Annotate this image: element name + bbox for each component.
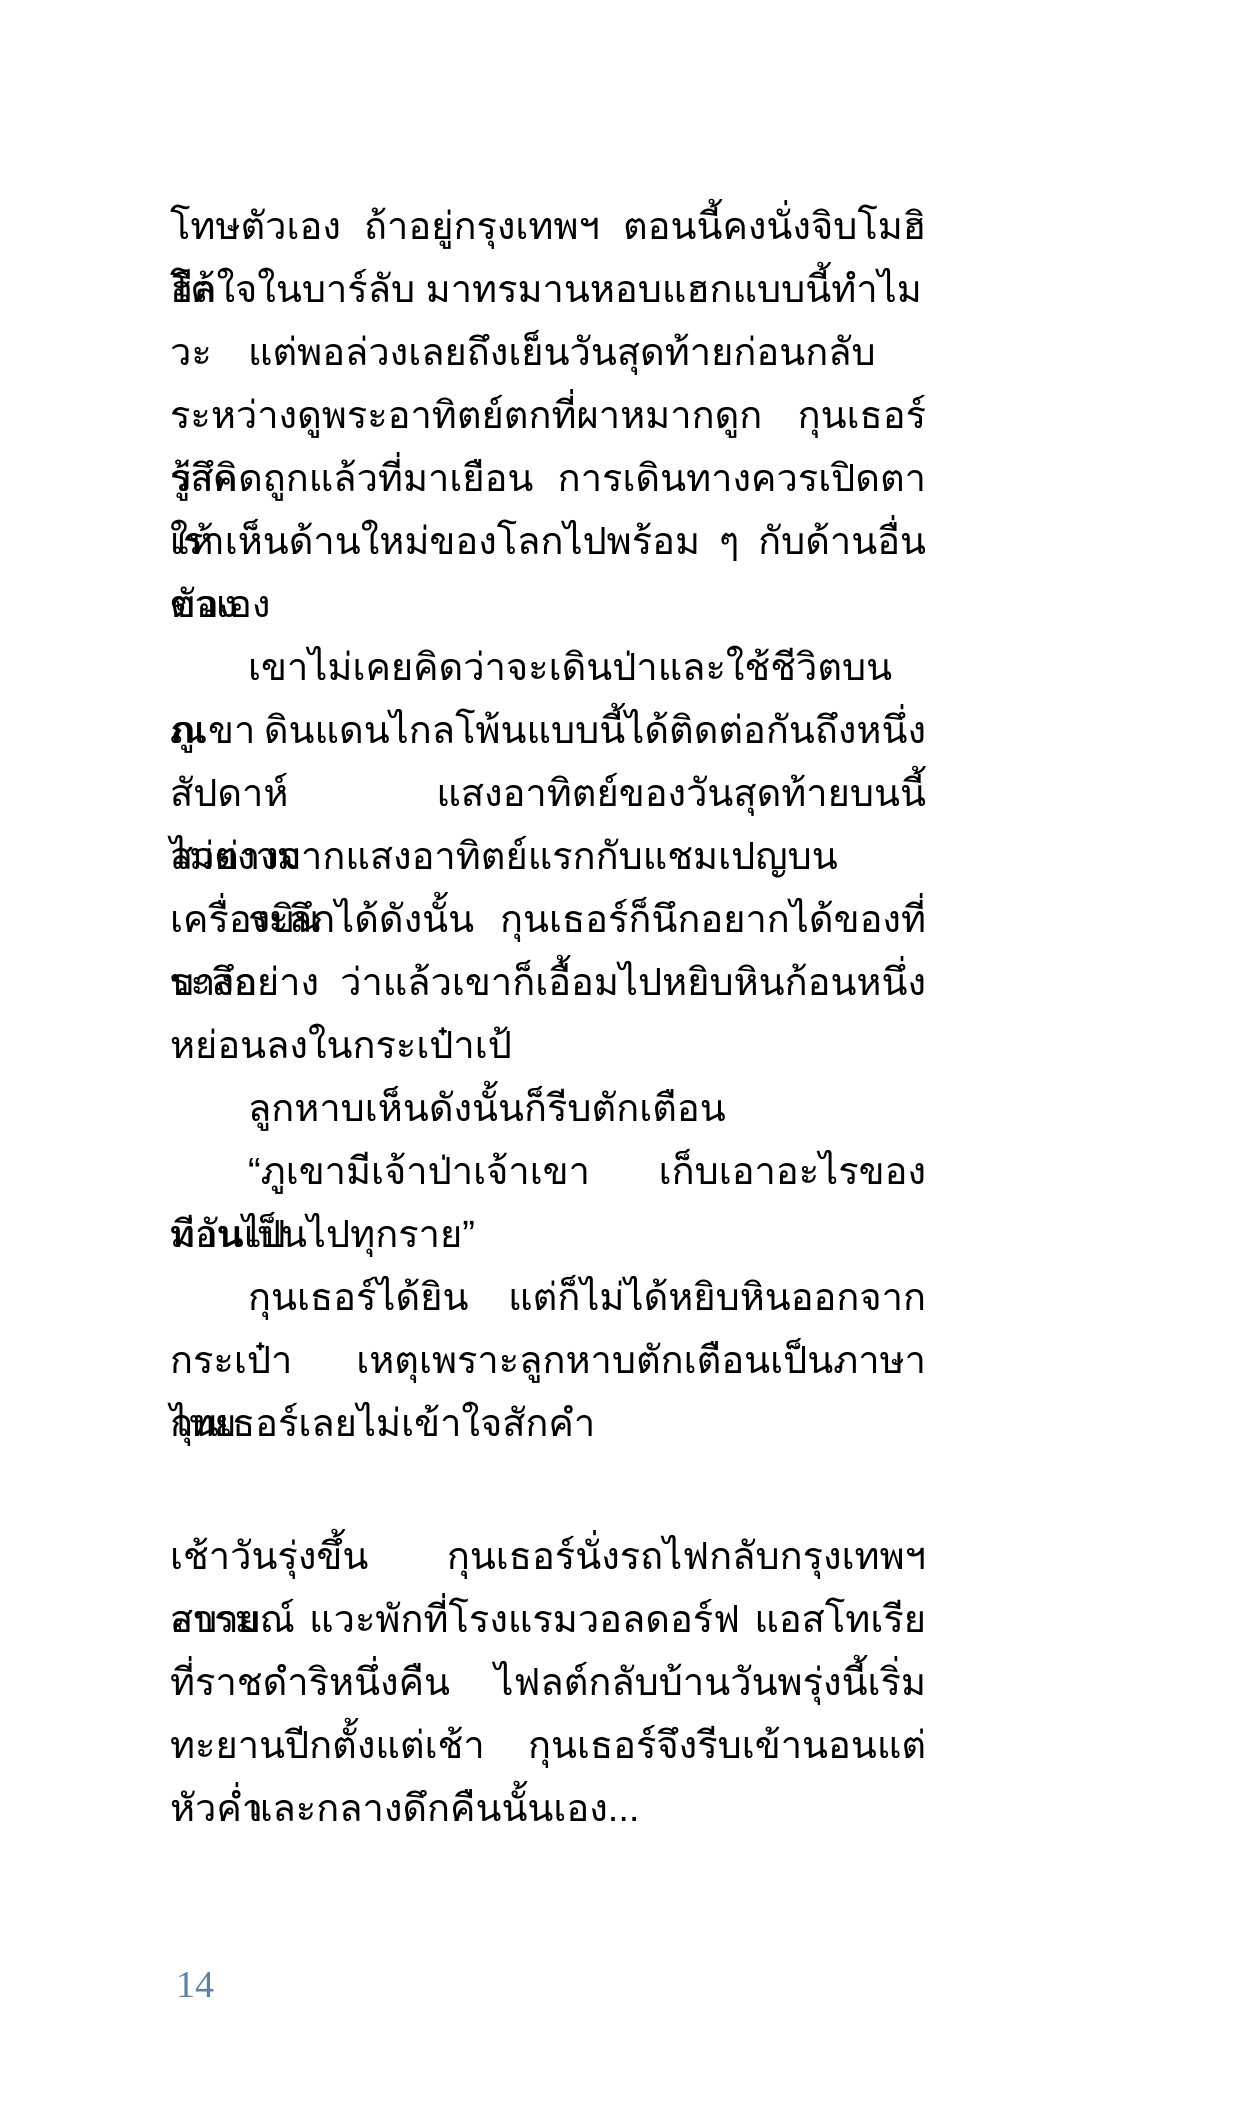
text-line: ตัวเอง: [170, 574, 926, 637]
text-line: สัปดาห์ แสงอาทิตย์ของวันสุดท้ายบนนี้ สวย…: [170, 763, 926, 826]
text-line: ทะยานปีกตั้งแต่เช้า กุนเธอร์จึงรีบเข้านอ…: [170, 1715, 926, 1778]
text-line: เขาไม่เคยคิดว่าจะเดินป่าและใช้ชีวิตบนภูเ…: [170, 637, 926, 700]
text-line: ณ ดินแดนไกลโพ้นแบบนี้ได้ติดต่อกันถึงหนึ่…: [170, 700, 926, 763]
text-line: ไม่ต่างจากแสงอาทิตย์แรกกับแชมเปญบนเครื่อ…: [170, 826, 926, 889]
text-line: มีอันเป็นไปทุกราย”: [170, 1204, 926, 1267]
text-line: เราเห็นด้านใหม่ของโลกไปพร้อม ๆ กับด้านอื…: [170, 511, 926, 574]
text-line: อารมณ์ แวะพักที่โรงแรมวอลดอร์ฟ แอสโทเรีย: [170, 1589, 926, 1652]
text-line: ที่ราชดำริหนึ่งคืน ไฟลต์กลับบ้านวันพรุ่ง…: [170, 1652, 926, 1715]
text-line: เช้าวันรุ่งขึ้น กุนเธอร์นั่งรถไฟกลับกรุง…: [170, 1526, 926, 1589]
text-line: กระเป๋า เหตุเพราะลูกหาบตักเตือนเป็นภาษาไ…: [170, 1330, 926, 1393]
text-line: กุนเธอร์ได้ยิน แต่ก็ไม่ได้หยิบหินออกจาก: [170, 1267, 926, 1330]
text-line: ระหว่างดูพระอาทิตย์ตกที่ผาหมากดูก กุนเธอ…: [170, 385, 926, 448]
text-line: โทษตัวเอง ถ้าอยู่กรุงเทพฯ ตอนนี้คงนั่งจิ…: [170, 196, 926, 259]
text-line: ว่าคิดถูกแล้วที่มาเยือน การเดินทางควรเปิ…: [170, 448, 926, 511]
text-line: ฮีลใจในบาร์ลับ มาทรมานหอบแฮกแบบนี้ทำไมวะ: [170, 259, 926, 322]
text-line: หย่อนลงในกระเป๋าเป้: [170, 1015, 926, 1078]
text-line: บางอย่าง ว่าแล้วเขาก็เอื้อมไปหยิบหินก้อน…: [170, 952, 926, 1015]
text-block: โทษตัวเอง ถ้าอยู่กรุงเทพฯ ตอนนี้คงนั่งจิ…: [170, 196, 926, 1841]
text-line: “ภูเขามีเจ้าป่าเจ้าเขา เก็บเอาอะไรของท่า…: [170, 1141, 926, 1204]
text-line: และกลางดึกคืนนั้นเอง...: [170, 1778, 926, 1841]
text-line: กุนเธอร์เลยไม่เข้าใจสักคำ: [170, 1393, 926, 1456]
text-line: ระลึกได้ดังนั้น กุนเธอร์ก็นึกอยากได้ของท…: [170, 889, 926, 952]
text-line: ลูกหาบเห็นดังนั้นก็รีบตักเตือน: [170, 1078, 926, 1141]
text-line: แต่พอล่วงเลยถึงเย็นวันสุดท้ายก่อนกลับ: [170, 322, 926, 385]
page-number: 14: [176, 1966, 214, 2004]
book-page: โทษตัวเอง ถ้าอยู่กรุงเทพฯ ตอนนี้คงนั่งจิ…: [0, 0, 1240, 2126]
